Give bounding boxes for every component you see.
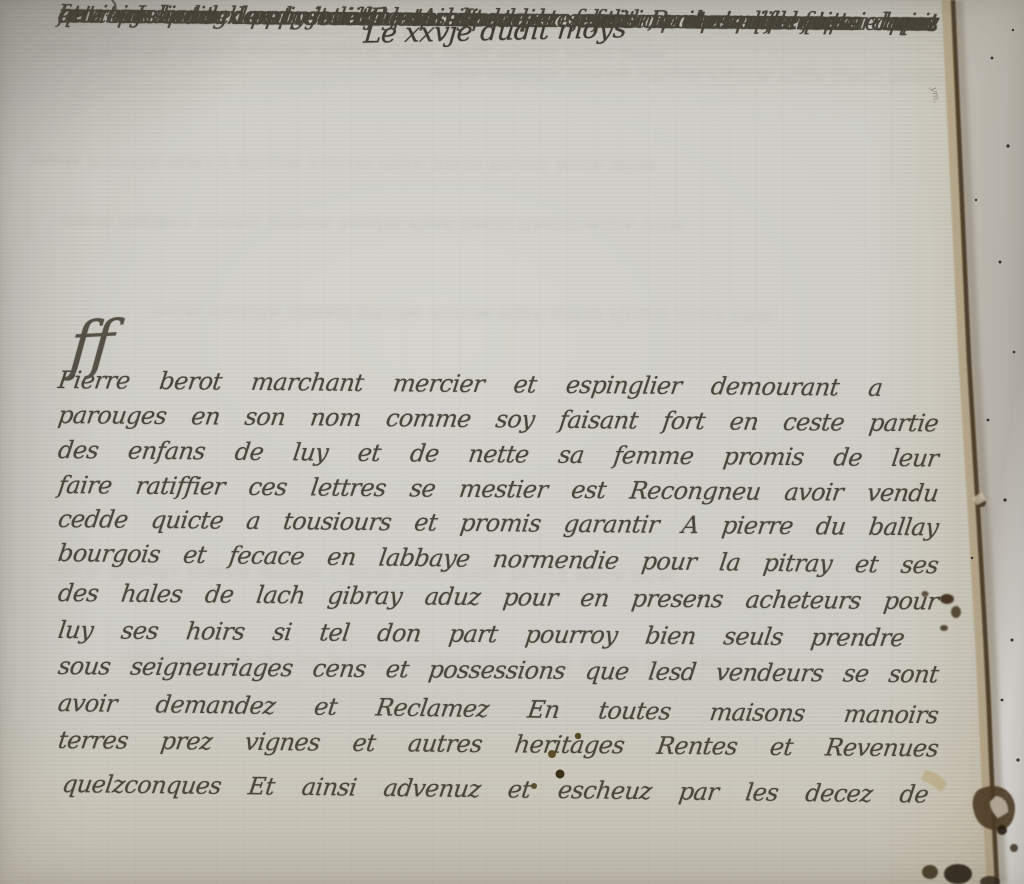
photo-vignette: [0, 0, 1024, 884]
manuscript-photo: nmw umnuv mwvn numw vmnw umv nwm uvmn wm…: [0, 0, 1024, 884]
